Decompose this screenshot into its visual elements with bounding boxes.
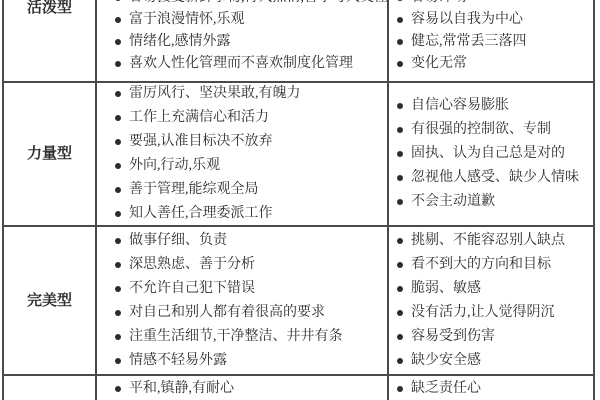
bullet-icon (397, 334, 403, 340)
bullet-icon (115, 61, 121, 67)
list-item-text: 外向,行动,乐观 (129, 154, 220, 178)
weaknesses-cell: 挑剔、不能容忍别人缺点 看不到大的方向和目标 脆弱、敏感 没有活力,让人觉得阴沉… (389, 227, 593, 374)
list-item-text: 挑剔、不能容忍别人缺点 (411, 229, 565, 253)
list-item-text: 深思熟虑、善于分析 (129, 253, 255, 277)
bullet-icon (397, 262, 403, 268)
list-item-text: 自信心容易膨胀 (411, 94, 509, 118)
list-item-text: 对自己和别人都有着很高的要求 (129, 301, 325, 325)
bullet-icon (115, 17, 121, 23)
list-item: 注重生活细节,干净整洁、井井有条 (115, 325, 387, 349)
list-item: 富于浪漫情怀,乐观 (115, 9, 387, 31)
list-item: 外向,行动,乐观 (115, 154, 387, 178)
bullet-icon (397, 286, 403, 292)
bullet-icon (397, 61, 403, 67)
bullet-icon (115, 115, 121, 121)
list-item: 喜欢人性化管理而不喜欢制度化管理 (115, 53, 387, 75)
bullet-icon (397, 238, 403, 244)
list-item: 缺少安全感 (397, 349, 593, 373)
list-item: 有很强的控制欲、专制 (397, 118, 593, 142)
bullet-icon (115, 91, 121, 97)
type-label: 力量型 (27, 146, 72, 162)
list-item: 变化无常 (397, 53, 593, 75)
list-item: 忽视他人感受、缺少人情味 (397, 166, 593, 190)
weaknesses-cell: 缺乏责任心 (389, 376, 593, 400)
list-item-text: 变化无常 (411, 53, 467, 75)
list-item: 容易冲动 (397, 0, 593, 9)
bullet-icon (397, 175, 403, 181)
bullet-icon (115, 386, 121, 392)
table-row: 活泼型 容易接受新鲜事物,待人热情,善于与人交往 富于浪漫情怀,乐观 情绪化,感… (4, 0, 593, 83)
list-item: 情绪化,感情外露 (115, 31, 387, 53)
list-item-text: 不允许自己犯下错误 (129, 277, 255, 301)
list-item-text: 忽视他人感受、缺少人情味 (411, 166, 579, 190)
list-item: 雷厉风行、坚决果敢,有魄力 (115, 83, 387, 106)
list-item-text: 工作上充满信心和活力 (129, 106, 269, 130)
bullet-icon (115, 334, 121, 340)
table-row: 平和,镇静,有耐心 缺乏责任心 (4, 376, 593, 400)
type-label: 完美型 (27, 293, 72, 309)
list-item: 不会主动道歉 (397, 190, 593, 214)
list-item: 健忘,常常丢三落四 (397, 31, 593, 53)
list-item-text: 缺乏责任心 (411, 379, 481, 399)
bullet-icon (397, 103, 403, 109)
bullet-icon (115, 139, 121, 145)
strengths-cell: 做事仔细、负责 深思熟虑、善于分析 不允许自己犯下错误 对自己和别人都有着很高的… (97, 227, 389, 374)
weaknesses-cell: 容易冲动 容易以自我为中心 健忘,常常丢三落四 变化无常 (389, 0, 593, 81)
bullet-icon (115, 310, 121, 316)
list-item: 挑剔、不能容忍别人缺点 (397, 229, 593, 253)
list-item-text: 富于浪漫情怀,乐观 (129, 9, 245, 31)
list-item-text: 容易冲动 (411, 0, 467, 9)
list-item: 不允许自己犯下错误 (115, 277, 387, 301)
bullet-icon (115, 39, 121, 45)
bullet-icon (397, 310, 403, 316)
table-row: 力量型 雷厉风行、坚决果敢,有魄力 工作上充满信心和活力 要强,认准目标决不放弃… (4, 83, 593, 227)
list-item-text: 没有活力,让人觉得阴沉 (411, 301, 555, 325)
bullet-icon (397, 39, 403, 45)
list-item: 善于管理,能综观全局 (115, 178, 387, 202)
list-item-text: 注重生活细节,干净整洁、井井有条 (129, 325, 343, 349)
bullet-icon (115, 187, 121, 193)
type-label-cell: 完美型 (4, 227, 97, 374)
list-item-text: 容易接受新鲜事物,待人热情,善于与人交往 (129, 0, 388, 9)
list-item-text: 平和,镇静,有耐心 (129, 379, 234, 399)
bullet-icon (115, 358, 121, 364)
type-label-cell: 活泼型 (4, 0, 97, 81)
bullet-icon (115, 238, 121, 244)
bullet-icon (115, 0, 121, 1)
table-row: 完美型 做事仔细、负责 深思熟虑、善于分析 不允许自己犯下错误 对自己和别人都有… (4, 227, 593, 376)
bullet-icon (397, 0, 403, 1)
list-item-text: 缺少安全感 (411, 349, 481, 373)
bullet-icon (397, 17, 403, 23)
list-item: 容易以自我为中心 (397, 9, 593, 31)
type-label-cell (4, 376, 97, 400)
list-item-text: 善于管理,能综观全局 (129, 178, 259, 202)
list-item: 深思熟虑、善于分析 (115, 253, 387, 277)
bullet-icon (115, 286, 121, 292)
bullet-icon (397, 127, 403, 133)
bullet-icon (397, 358, 403, 364)
list-item-text: 做事仔细、负责 (129, 229, 227, 253)
list-item-text: 情绪化,感情外露 (129, 31, 231, 53)
bullet-icon (115, 163, 121, 169)
bullet-icon (397, 199, 403, 205)
list-item: 情感不轻易外露 (115, 349, 387, 373)
list-item-text: 雷厉风行、坚决果敢,有魄力 (129, 83, 301, 106)
strengths-cell: 容易接受新鲜事物,待人热情,善于与人交往 富于浪漫情怀,乐观 情绪化,感情外露 … (97, 0, 389, 81)
list-item-text: 固执、认为自己总是对的 (411, 142, 565, 166)
list-item: 看不到大的方向和目标 (397, 253, 593, 277)
list-item: 没有活力,让人觉得阴沉 (397, 301, 593, 325)
list-item: 容易接受新鲜事物,待人热情,善于与人交往 (115, 0, 387, 9)
list-item: 平和,镇静,有耐心 (115, 379, 387, 399)
list-item: 工作上充满信心和活力 (115, 106, 387, 130)
list-item: 要强,认准目标决不放弃 (115, 130, 387, 154)
list-item-text: 喜欢人性化管理而不喜欢制度化管理 (129, 53, 353, 75)
personality-types-table: 活泼型 容易接受新鲜事物,待人热情,善于与人交往 富于浪漫情怀,乐观 情绪化,感… (2, 0, 595, 400)
type-label: 活泼型 (27, 0, 72, 16)
weaknesses-cell: 自信心容易膨胀 有很强的控制欲、专制 固执、认为自己总是对的 忽视他人感受、缺少… (389, 83, 593, 225)
list-item-text: 要强,认准目标决不放弃 (129, 130, 273, 154)
bullet-icon (397, 151, 403, 157)
strengths-cell: 雷厉风行、坚决果敢,有魄力 工作上充满信心和活力 要强,认准目标决不放弃 外向,… (97, 83, 389, 225)
list-item: 自信心容易膨胀 (397, 94, 593, 118)
list-item-text: 脆弱、敏感 (411, 277, 481, 301)
list-item-text: 有很强的控制欲、专制 (411, 118, 551, 142)
type-label-cell: 力量型 (4, 83, 97, 225)
list-item: 做事仔细、负责 (115, 229, 387, 253)
list-item-text: 情感不轻易外露 (129, 349, 227, 373)
list-item-text: 容易以自我为中心 (411, 9, 523, 31)
list-item: 脆弱、敏感 (397, 277, 593, 301)
list-item-text: 容易受到伤害 (411, 325, 495, 349)
list-item: 缺乏责任心 (397, 379, 593, 399)
list-item-text: 健忘,常常丢三落四 (411, 31, 527, 53)
list-item: 知人善任,合理委派工作 (115, 202, 387, 225)
list-item-text: 看不到大的方向和目标 (411, 253, 551, 277)
bullet-icon (397, 386, 403, 392)
list-item-text: 不会主动道歉 (411, 190, 495, 214)
bullet-icon (115, 211, 121, 217)
strengths-cell: 平和,镇静,有耐心 (97, 376, 389, 400)
bullet-icon (115, 262, 121, 268)
list-item: 容易受到伤害 (397, 325, 593, 349)
list-item: 对自己和别人都有着很高的要求 (115, 301, 387, 325)
list-item: 固执、认为自己总是对的 (397, 142, 593, 166)
list-item-text: 知人善任,合理委派工作 (129, 202, 273, 225)
